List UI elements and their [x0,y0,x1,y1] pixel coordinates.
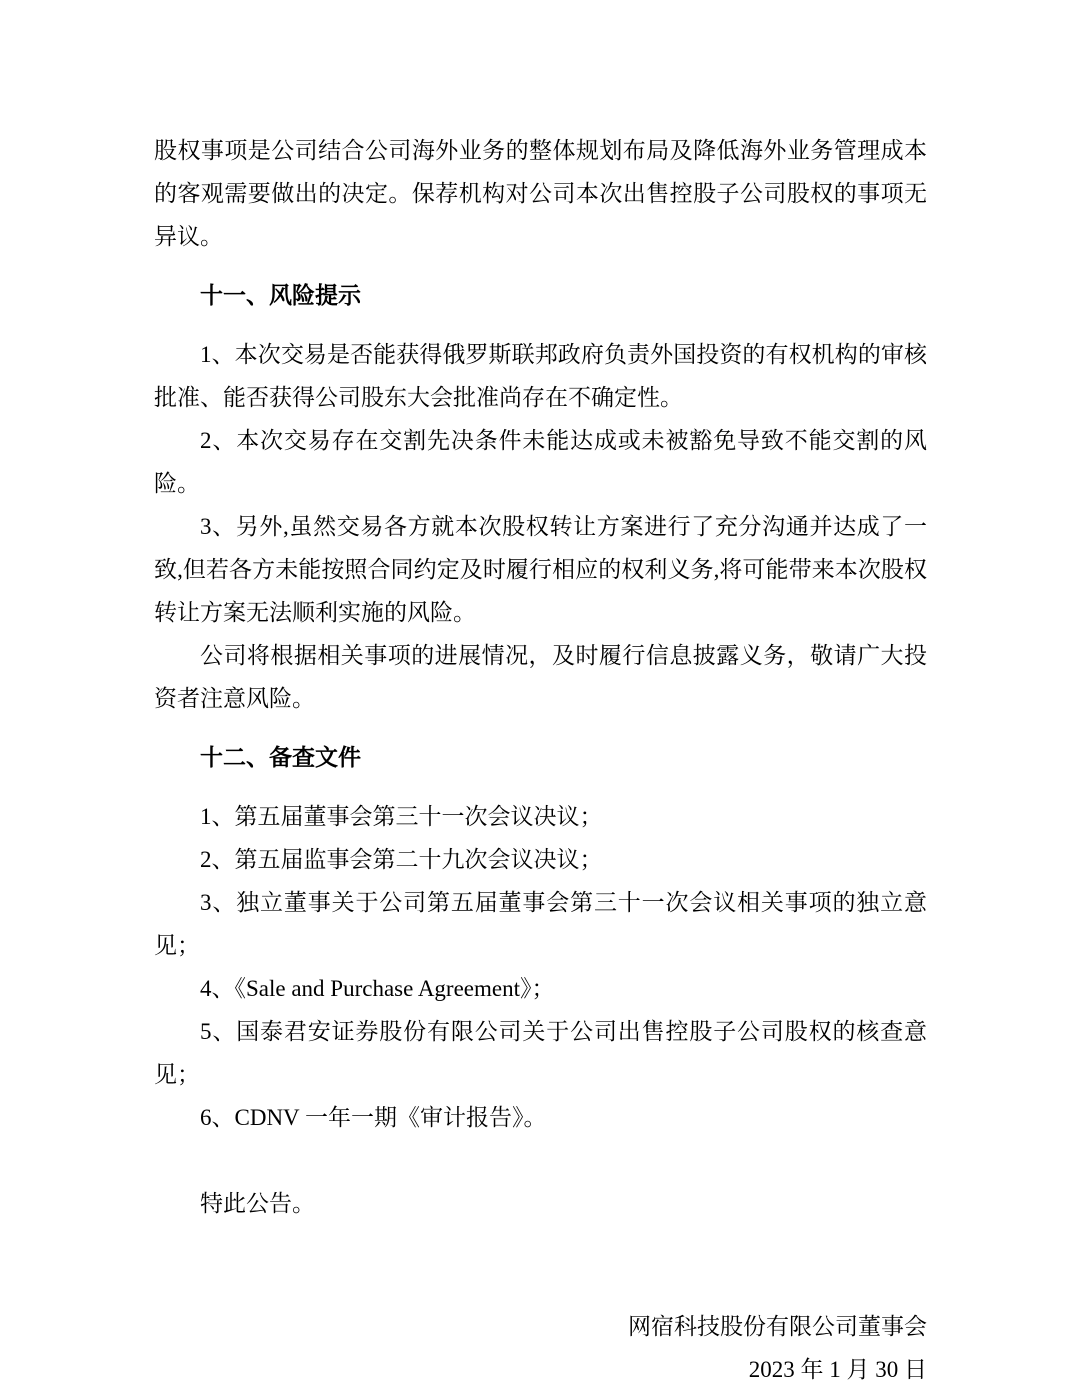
risk-disclosure-paragraph: 公司将根据相关事项的进展情况，及时履行信息披露义务，敬请广大投资者注意风险。 [154,634,927,720]
risk-paragraph-2: 2、本次交易存在交割先决条件未能达成或未被豁免导致不能交割的风险。 [154,419,927,505]
intro-paragraph: 股权事项是公司结合公司海外业务的整体规划布局及降低海外业务管理成本的客观需要做出… [154,129,927,258]
closing-statement: 特此公告。 [154,1182,927,1225]
reference-document-item-4: 4、《Sale and Purchase Agreement》； [154,967,927,1010]
reference-document-item-6: 6、CDNV 一年一期《审计报告》。 [154,1096,927,1139]
announcement-date: 2023 年 1 月 30 日 [154,1348,927,1391]
reference-document-item-5: 5、国泰君安证券股份有限公司关于公司出售控股子公司股权的核查意见； [154,1010,927,1096]
reference-document-item-3: 3、独立董事关于公司第五届董事会第三十一次会议相关事项的独立意见； [154,881,927,967]
section-12-heading: 十二、备查文件 [154,736,927,779]
risk-paragraph-1: 1、本次交易是否能获得俄罗斯联邦政府负责外国投资的有权机构的审核批准、能否获得公… [154,333,927,419]
section-11-heading: 十一、风险提示 [154,274,927,317]
risk-paragraph-3: 3、另外,虽然交易各方就本次股权转让方案进行了充分沟通并达成了一致,但若各方未能… [154,505,927,634]
announcement-page: 股权事项是公司结合公司海外业务的整体规划布局及降低海外业务管理成本的客观需要做出… [0,0,1080,1293]
reference-document-item-1: 1、第五届董事会第三十一次会议决议； [154,795,927,838]
board-signature: 网宿科技股份有限公司董事会 [154,1305,927,1348]
reference-document-item-2: 2、第五届监事会第二十九次会议决议； [154,838,927,881]
